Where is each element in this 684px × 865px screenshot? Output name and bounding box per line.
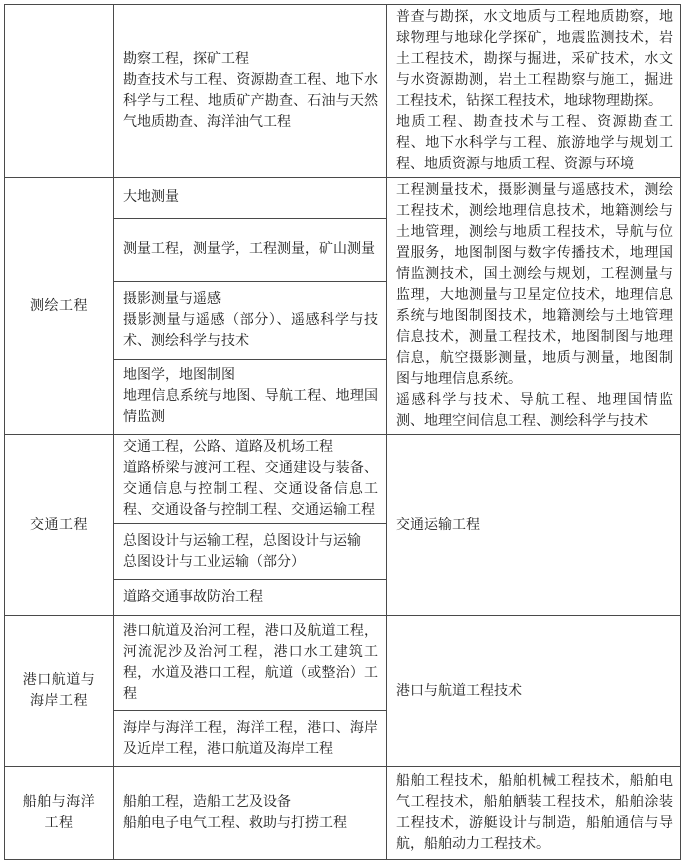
mapped-majors-cell: 工程测量技术，摄影测量与遥感技术，测绘工程技术，测绘地理信息技术，地籍测绘与土地… xyxy=(387,178,681,435)
category-cell-traffic: 交通工程 xyxy=(5,435,114,616)
mapped-majors-cell: 港口与航道工程技术 xyxy=(387,616,681,767)
table-row: 交通工程 交通工程，公路、道路及机场工程 道路桥梁与渡河工程、交通建设与装备、交… xyxy=(5,435,681,524)
subfield-text: 总图设计与工业运输（部分） xyxy=(123,552,378,573)
subfield-cell: 勘察工程，探矿工程 勘查技术与工程、资源勘查工程、地下水科学与工程、地质矿产勘查… xyxy=(114,5,387,178)
table-row: 港口航道与海岸工程 港口航道及治河工程，港口及航道工程，河流泥沙及治河工程，港口… xyxy=(5,616,681,711)
subfield-text: 大地测量 xyxy=(123,187,378,208)
subfield-text: 地理信息系统与地图、导航工程、地理国情监测 xyxy=(123,386,378,428)
subfield-text: 海岸与海洋工程，海洋工程，港口、海岸及近岸工程，港口航道及海岸工程 xyxy=(123,718,378,760)
category-cell-port-channel-coast: 港口航道与海岸工程 xyxy=(5,616,114,767)
subfield-text: 地图学，地图制图 xyxy=(123,365,378,386)
table-row: 勘察工程，探矿工程 勘查技术与工程、资源勘查工程、地下水科学与工程、地质矿产勘查… xyxy=(5,5,681,178)
subfield-text: 勘查技术与工程、资源勘查工程、地下水科学与工程、地质矿产勘查、石油与天然气地质勘… xyxy=(123,70,378,133)
subfield-cell: 交通工程，公路、道路及机场工程 道路桥梁与渡河工程、交通建设与装备、交通信息与控… xyxy=(114,435,387,524)
mapped-majors-text: 普查与勘探，水文地质与工程地质勘察，地球物理与地球化学探矿，地震监测技术，岩土工… xyxy=(396,7,673,112)
subfield-cell: 道路交通事故防治工程 xyxy=(114,580,387,616)
table-row: 船舶与海洋工程 船舶工程，造船工艺及设备 船舶电子电气工程、救助与打捞工程 船舶… xyxy=(5,767,681,860)
category-cell-continued xyxy=(5,5,114,178)
subfield-cell: 海岸与海洋工程，海洋工程，港口、海岸及近岸工程，港口航道及海岸工程 xyxy=(114,711,387,767)
mapped-majors-text: 工程测量技术，摄影测量与遥感技术，测绘工程技术，测绘地理信息技术，地籍测绘与土地… xyxy=(396,180,673,390)
subfield-text: 港口航道及治河工程，港口及航道工程，河流泥沙及治河工程，港口水工建筑工程，水道及… xyxy=(123,621,378,705)
mapped-majors-cell: 船舶工程技术，船舶机械工程技术，船舶电气工程技术，船舶舾装工程技术，船舶涂装工程… xyxy=(387,767,681,860)
subfield-text: 摄影测量与遥感（部分）、遥感科学与技术、测绘科学与技术 xyxy=(123,310,378,352)
subfield-cell: 摄影测量与遥感 摄影测量与遥感（部分）、遥感科学与技术、测绘科学与技术 xyxy=(114,282,387,360)
subfield-cell: 地图学，地图制图 地理信息系统与地图、导航工程、地理国情监测 xyxy=(114,359,387,435)
subfield-cell: 总图设计与运输工程，总图设计与运输 总图设计与工业运输（部分） xyxy=(114,524,387,580)
subfield-cell: 船舶工程，造船工艺及设备 船舶电子电气工程、救助与打捞工程 xyxy=(114,767,387,860)
subfield-text: 道路桥梁与渡河工程、交通建设与装备、交通信息与控制工程、交通设备信息工程、交通设… xyxy=(123,458,378,521)
document-page: 勘察工程，探矿工程 勘查技术与工程、资源勘查工程、地下水科学与工程、地质矿产勘查… xyxy=(0,0,684,865)
mapped-majors-text: 船舶工程技术，船舶机械工程技术，船舶电气工程技术，船舶舾装工程技术，船舶涂装工程… xyxy=(396,771,673,855)
subfield-text: 勘察工程，探矿工程 xyxy=(123,49,378,70)
subfield-text: 测量工程，测量学，工程测量，矿山测量 xyxy=(123,239,378,260)
mapped-majors-text: 地质工程、勘查技术与工程、资源勘查工程、地下水科学与工程、旅游地学与规划工程、地… xyxy=(396,112,673,175)
category-cell-surveying-mapping: 测绘工程 xyxy=(5,178,114,435)
majors-mapping-table: 勘察工程，探矿工程 勘查技术与工程、资源勘查工程、地下水科学与工程、地质矿产勘查… xyxy=(4,4,681,860)
subfield-text: 船舶工程，造船工艺及设备 xyxy=(123,792,378,813)
mapped-majors-text: 遥感科学与技术、导航工程、地理国情监测、地理空间信息工程、测绘科学与技术 xyxy=(396,390,673,432)
subfield-text: 交通工程，公路、道路及机场工程 xyxy=(123,437,378,458)
mapped-majors-text: 交通运输工程 xyxy=(396,515,673,536)
subfield-text: 摄影测量与遥感 xyxy=(123,289,378,310)
table-row: 测绘工程 大地测量 工程测量技术，摄影测量与遥感技术，测绘工程技术，测绘地理信息… xyxy=(5,178,681,219)
category-cell-ship-ocean: 船舶与海洋工程 xyxy=(5,767,114,860)
mapped-majors-cell: 普查与勘探，水文地质与工程地质勘察，地球物理与地球化学探矿，地震监测技术，岩土工… xyxy=(387,5,681,178)
subfield-text: 船舶电子电气工程、救助与打捞工程 xyxy=(123,813,378,834)
mapped-majors-cell: 交通运输工程 xyxy=(387,435,681,616)
subfield-text: 总图设计与运输工程，总图设计与运输 xyxy=(123,531,378,552)
subfield-cell: 大地测量 xyxy=(114,178,387,219)
subfield-cell: 测量工程，测量学，工程测量，矿山测量 xyxy=(114,218,387,281)
subfield-text: 道路交通事故防治工程 xyxy=(123,587,378,608)
mapped-majors-text: 港口与航道工程技术 xyxy=(396,681,673,702)
subfield-cell: 港口航道及治河工程，港口及航道工程，河流泥沙及治河工程，港口水工建筑工程，水道及… xyxy=(114,616,387,711)
